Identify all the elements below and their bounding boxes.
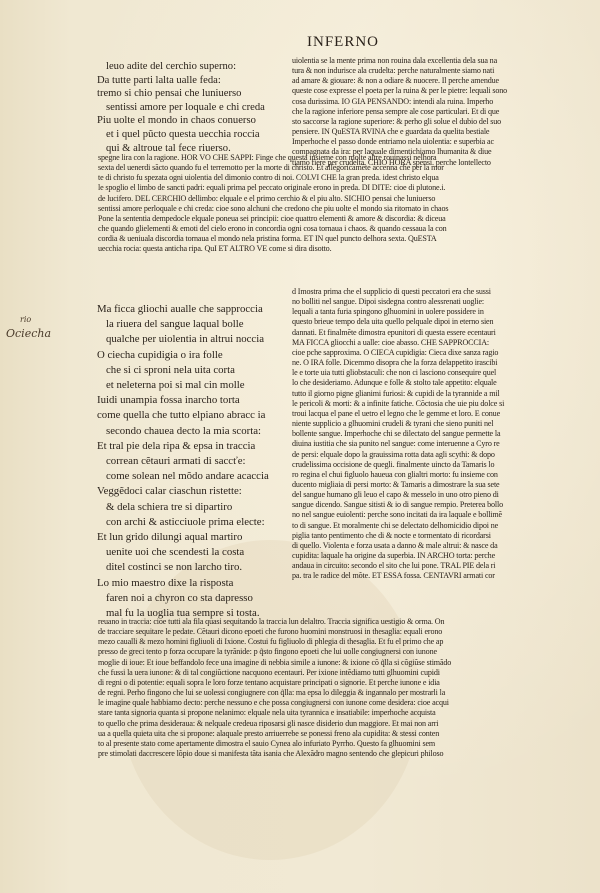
- verse-line: come quella che tutto elpiano abracc ia: [97, 408, 292, 423]
- commentary-line: ad amare & giouare: & non a odiare & nuo…: [292, 76, 592, 86]
- commentary-line: uecchia rocia: questa anticha ripa. QuI …: [98, 244, 593, 254]
- commentary-line: ro regina el chui figluolo haueua con gl…: [292, 470, 592, 480]
- commentary-line: moglie di ioue: Et ioue beffandolo fece …: [98, 658, 593, 668]
- commentary-line: bollente sangue. Imperhoche chi se dilec…: [292, 429, 592, 439]
- commentary-line: le e torte uia tutti gliobstaculi: che n…: [292, 368, 592, 378]
- commentary-line: ua a quella quieta uita che si propone: …: [98, 729, 593, 739]
- commentary-right-top: uiolentia se la mente prima non rouina d…: [292, 56, 592, 168]
- commentary-line: di quello. Violenta e forza usata a dann…: [292, 541, 592, 551]
- commentary-line: to di sangue. Et moralmente chi se delec…: [292, 521, 592, 531]
- marginal-note-line1: rio: [6, 313, 51, 327]
- commentary-line: crudelissima occisione de quegli. finalm…: [292, 460, 592, 470]
- commentary-line: presso de greci tento p forza occupare l…: [98, 647, 593, 657]
- commentary-full-width-1: spegne lira con la ragione. HOR VO CHE S…: [98, 153, 593, 255]
- verse-line: con archi & asticciuole prima electe:: [97, 515, 292, 530]
- commentary-line: pensiere. IN QuESTA RVINA che e guardata…: [292, 127, 592, 137]
- verse-line: sentissi amore per loquale e chi creda: [97, 101, 292, 115]
- verse-line: come solean nel mõdo andare acaccia: [97, 469, 292, 484]
- commentary-line: diuina iustitia che sia punito nel sangu…: [292, 439, 592, 449]
- verse-line: & dela schiera tre si dipartiro: [97, 500, 292, 515]
- commentary-line: piglia tanto pentimento che di & nocte e…: [292, 531, 592, 541]
- commentary-line: cioe pche sapproxima. O CIECA cupidigia:…: [292, 348, 592, 358]
- commentary-line: ne. O IRA folle. Dicemmo disopra che la …: [292, 358, 592, 368]
- commentary-line: cordia & ueniuala discordia tornaua el m…: [98, 234, 593, 244]
- marginal-note-line2: Ociecha: [6, 327, 51, 341]
- verse-line: leuo adite del cerchio superno:: [97, 60, 292, 74]
- verse-line: et neleterna poi si mal cin molle: [97, 378, 292, 393]
- verse-line: correan cẽtauri armati di saccťe:: [97, 454, 292, 469]
- verse-line: ditel costinci se non larcho tiro.: [97, 560, 292, 575]
- commentary-line: che quando glielementi & emoti del cielo…: [98, 224, 593, 234]
- book-page: INFERNO rio Ociecha leuo adite del cerch…: [0, 0, 600, 893]
- commentary-line: che fussi la uera iunone: & di tal congi…: [98, 668, 593, 678]
- verse-line: Piu uolte el mondo in chaos conuerso: [97, 114, 292, 128]
- commentary-line: questo brieue tempo dela uita quello pel…: [292, 317, 592, 327]
- commentary-line: sexta del uenerdi sãcto quando fu el te…: [98, 163, 593, 173]
- commentary-line: lo che desideriamo. Adunque e folle & st…: [292, 378, 592, 388]
- commentary-line: mezo caualli & mezo homini figliuoli di …: [98, 637, 593, 647]
- commentary-line: pa. tra le radice del mõte. ET ESSA fos…: [292, 571, 592, 581]
- running-head: INFERNO: [307, 34, 379, 51]
- commentary-line: queste cose expresse el poeta per la rui…: [292, 86, 592, 96]
- verse-line: et i quel pũcto questa uecchia roccia: [97, 128, 292, 142]
- commentary-right-middle: d Imostra prima che el supplicio di ques…: [292, 287, 592, 582]
- verse-line: Ma ficca gliochi aualle che sapproccia: [97, 302, 292, 317]
- commentary-line: Pone la sententia dempedocle elquale pon…: [98, 214, 593, 224]
- commentary-line: MA FICCA gliocchi a ualle: cioe abasso. …: [292, 338, 592, 348]
- commentary-line: sto saccorse la ragione superiore: & per…: [292, 117, 592, 127]
- commentary-line: cosa durissima. IO GIA PENSANDO: intendi…: [292, 97, 592, 107]
- commentary-line: spegne lira con la ragione. HOR VO CHE S…: [98, 153, 593, 163]
- verse-line: Iuidi unampia fossa inarcho torta: [97, 393, 292, 408]
- commentary-line: le pericoli & morti: & a infinite fatich…: [292, 399, 592, 409]
- verse-line: Et tral pie dela ripa & epsa in traccia: [97, 439, 292, 454]
- commentary-line: lequali a tanta furia spingono glhuomini…: [292, 307, 592, 317]
- verse-line: qualche per uiolentia in altrui noccia: [97, 332, 292, 347]
- commentary-line: reuano in traccia: cioe tutti ala fila q…: [98, 617, 593, 627]
- commentary-line: no bolliti nel sangue. Dipoi sisdegna co…: [292, 297, 592, 307]
- commentary-line: sentissi amore perloquale e chi creda: c…: [98, 204, 593, 214]
- commentary-full-width-2: reuano in traccia: cioe tutti ala fila q…: [98, 617, 593, 759]
- verse-line: Veggẽdoci calar ciaschun ristette:: [97, 484, 292, 499]
- commentary-line: to al presente stato come apertamente di…: [98, 739, 593, 749]
- verse-line: secondo chauea decto la mia scorta:: [97, 424, 292, 439]
- commentary-line: andaua in circuito: secondo el sito che …: [292, 561, 592, 571]
- commentary-line: de persi: elquale dopo la grauissima rot…: [292, 450, 592, 460]
- commentary-line: tura & non indurisce ala crudelta: perch…: [292, 66, 592, 76]
- commentary-line: del sangue humano gli leuo el capo & mes…: [292, 490, 592, 500]
- commentary-line: de tracciare sequitare le pedate. Cẽtau…: [98, 627, 593, 637]
- commentary-line: che la ragione inferiore pensa sempre al…: [292, 107, 592, 117]
- marginal-annotation: rio Ociecha: [6, 313, 51, 341]
- commentary-line: pre stimolati daccrescere lõpio doue si…: [98, 749, 593, 759]
- commentary-line: le imagine quale habbiamo decto: perche …: [98, 698, 593, 708]
- commentary-line: te di christo fu spezata ogni uiolentia …: [98, 173, 593, 183]
- verse-line: Da tutte parti lalta ualle feda:: [97, 74, 292, 88]
- commentary-line: stare tanta signoria quanta si propone n…: [98, 708, 593, 718]
- verse-line: Et lun grido dilungi aqual martiro: [97, 530, 292, 545]
- verse-line: faren noi a chyron co sta dapresso: [97, 591, 292, 606]
- commentary-line: to quello che prima desideraua: & nelqua…: [98, 719, 593, 729]
- commentary-line: dannati. Et finalmẽte dimostra epunitor…: [292, 328, 592, 338]
- commentary-line: niente supplicio a glhuomini crudeli & t…: [292, 419, 592, 429]
- commentary-line: le spoglio el limbo de sancti padri: equ…: [98, 183, 593, 193]
- verse-line: la riuera del sangue laqual bolle: [97, 317, 292, 332]
- verse-line: che si ci sproni nela uita corta: [97, 363, 292, 378]
- verse-block-top: leuo adite del cerchio superno: Da tutte…: [97, 60, 292, 155]
- commentary-line: ducento migliaia di persi morto: & Tamar…: [292, 480, 592, 490]
- commentary-line: cupidita: laquale ha origine da superbia…: [292, 551, 592, 561]
- commentary-line: d Imostra prima che el supplicio di ques…: [292, 287, 592, 297]
- commentary-line: troui lacqua el pane el uetro el legno c…: [292, 409, 592, 419]
- verse-line: O ciecha cupidigia o ira folle: [97, 348, 292, 363]
- commentary-line: sangue dicendo. Sangue sitisti & io di s…: [292, 500, 592, 510]
- verse-line: tremo si chio pensai che luniuerso: [97, 87, 292, 101]
- commentary-line: uiolentia se la mente prima non rouina d…: [292, 56, 592, 66]
- verse-line: Lo mio maestro dixe la risposta: [97, 576, 292, 591]
- commentary-line: de lucifero. DEL CERCHIO dellimbo: elqua…: [98, 194, 593, 204]
- commentary-line: de regni. Perho fingono che lui se uoles…: [98, 688, 593, 698]
- commentary-line: no nel sangue euiolenti: perche sono inc…: [292, 510, 592, 520]
- verse-line: uenite uoi che scendesti la costa: [97, 545, 292, 560]
- verse-block-bottom: Ma ficca gliochi aualle che sapproccia l…: [97, 302, 292, 621]
- commentary-line: Imperhoche el passo donde entriamo nela …: [292, 137, 592, 147]
- commentary-line: tutto il giorno pigne glianimi furiosi: …: [292, 389, 592, 399]
- commentary-line: di regni o di potentie: equali sopra le …: [98, 678, 593, 688]
